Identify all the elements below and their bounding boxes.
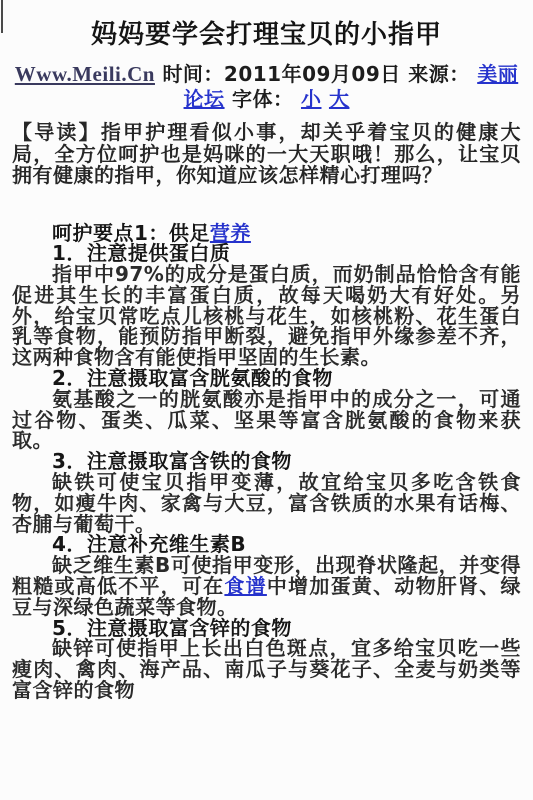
item-heading-3: 3．注意摄取富含铁的食物 (12, 451, 521, 472)
intro-paragraph: 【导读】指甲护理看似小事，却关乎着宝贝的健康大局，全方位呵护也是妈咪的一大天职哦… (12, 122, 521, 187)
item-body-3: 缺铁可使宝贝指甲变薄，故宜给宝贝多吃含铁食物，如瘦牛肉、家禽与大豆，富含铁质的水… (12, 472, 521, 534)
font-small-link[interactable]: 小 (301, 87, 322, 111)
article-meta: Www.Meili.Cn 时间：2011年09月09日 来源： 美丽论坛 字体：… (12, 62, 521, 112)
item-body-2: 氨基酸之一的胱氨酸亦是指甲中的成分之一，可通过谷物、蛋类、瓜菜、坚果等富含胱氨酸… (12, 389, 521, 451)
item-body-4: 缺乏维生素B可使指甲变形，出现脊状隆起，并变得粗糙或高低不平，可在食谱中增加蛋黄… (12, 555, 521, 617)
item-heading-1: 1．注意提供蛋白质 (12, 243, 521, 264)
font-large-link[interactable]: 大 (329, 87, 350, 111)
item-body-5: 缺锌可使指甲上长出白色斑点，宜多给宝贝吃一些瘦肉、禽肉、海产品、南瓜子与葵花子、… (12, 638, 521, 700)
item-heading-5: 5．注意摄取富含锌的食物 (12, 618, 521, 639)
article-page: 妈妈要学会打理宝贝的小指甲 Www.Meili.Cn 时间：2011年09月09… (0, 0, 533, 800)
time-label: 时间：2011年09月09日 (162, 62, 400, 86)
screen-edge-artifact (1, 0, 3, 33)
item-body-1: 指甲中97%的成分是蛋白质，而奶制品恰恰含有能促进其生长的丰富蛋白质，故每天喝奶… (12, 264, 521, 368)
font-label: 字体： (232, 87, 294, 111)
section-title: 呵护要点1：供足营养 (12, 223, 521, 244)
article-body: 呵护要点1：供足营养 1．注意提供蛋白质 指甲中97%的成分是蛋白质，而奶制品恰… (12, 223, 521, 701)
site-link[interactable]: Www.Meili.Cn (15, 62, 155, 86)
item-heading-4: 4．注意补充维生素B (12, 534, 521, 555)
item-heading-2: 2．注意摄取富含胱氨酸的食物 (12, 368, 521, 389)
page-title: 妈妈要学会打理宝贝的小指甲 (12, 20, 521, 50)
source-label: 来源： (408, 62, 470, 86)
